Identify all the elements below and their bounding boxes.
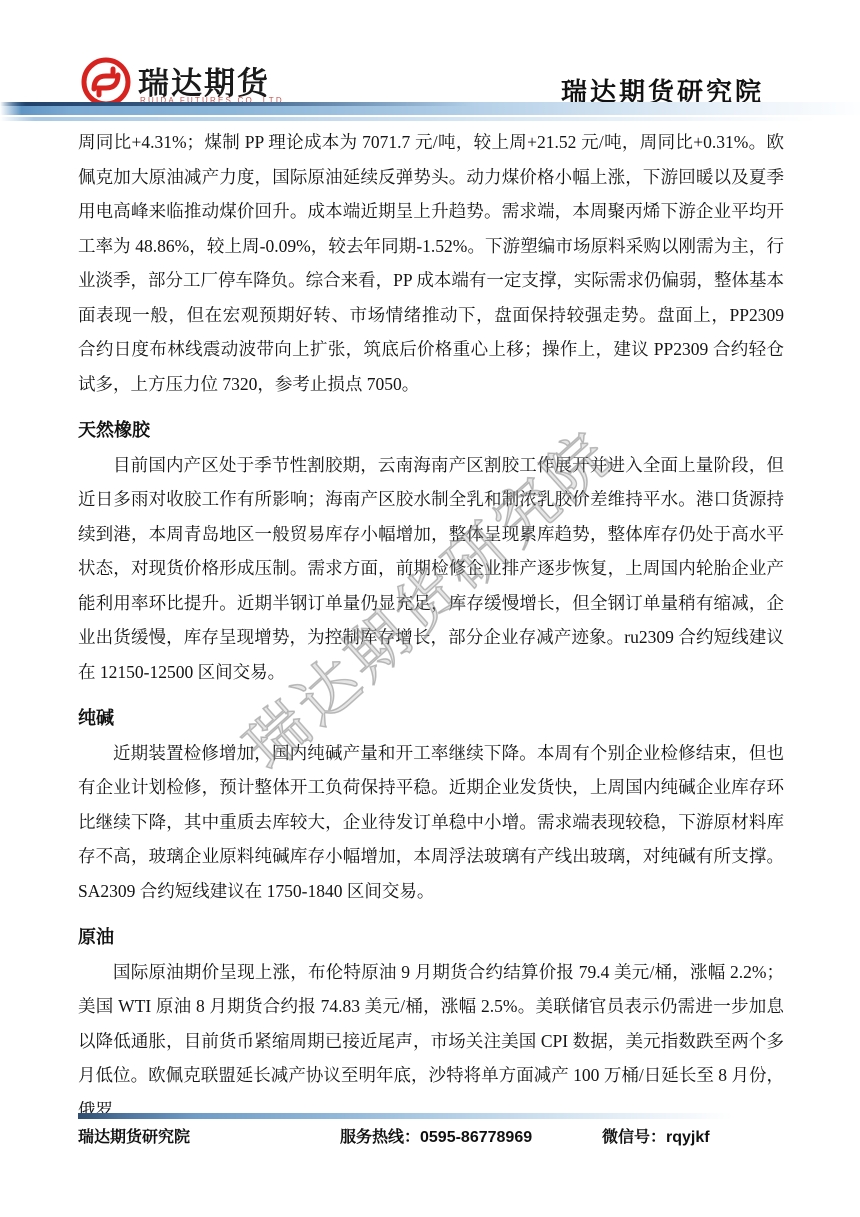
paragraph: 目前国内产区处于季节性割胶期，云南海南产区割胶工作展开并进入全面上量阶段，但近日… <box>78 448 784 690</box>
header-divider-subline <box>0 117 860 121</box>
section-heading: 天然橡胶 <box>78 413 784 448</box>
section-soda-ash: 纯碱 近期装置检修增加，国内纯碱产量和开工率继续下降。本周有个别企业检修结束，但… <box>78 701 784 908</box>
report-body: 周同比+4.31%；煤制 PP 理论成本为 7071.7 元/吨，较上周+21.… <box>78 125 784 1127</box>
footer-institute: 瑞达期货研究院 <box>78 1124 190 1147</box>
paragraph: 周同比+4.31%；煤制 PP 理论成本为 7071.7 元/吨，较上周+21.… <box>78 125 784 401</box>
paragraph: 国际原油期价呈现上涨，布伦特原油 9 月期货合约结算价报 79.4 美元/桶，涨… <box>78 955 784 1128</box>
ruida-logo-icon <box>80 56 132 108</box>
report-page: 瑞达期货 RUIDA FUTURES CO.,LTD. 瑞达期货研究院 周同比+… <box>0 0 860 1217</box>
section-pp: 周同比+4.31%；煤制 PP 理论成本为 7071.7 元/吨，较上周+21.… <box>78 125 784 401</box>
section-heading: 原油 <box>78 920 784 955</box>
header-divider-bar-edge <box>0 102 860 106</box>
section-crude-oil: 原油 国际原油期价呈现上涨，布伦特原油 9 月期货合约结算价报 79.4 美元/… <box>78 920 784 1127</box>
section-natural-rubber: 天然橡胶 目前国内产区处于季节性割胶期，云南海南产区割胶工作展开并进入全面上量阶… <box>78 413 784 689</box>
footer-hotline: 服务热线：0595-86778969 <box>340 1124 532 1147</box>
section-heading: 纯碱 <box>78 701 784 736</box>
footer-divider-bar <box>78 1113 733 1119</box>
footer: 瑞达期货研究院 服务热线：0595-86778969 微信号：rqyjkf <box>78 1124 784 1148</box>
footer-wechat-id: 微信号：rqyjkf <box>602 1124 710 1147</box>
paragraph: 近期装置检修增加，国内纯碱产量和开工率继续下降。本周有个别企业检修结束，但也有企… <box>78 736 784 909</box>
